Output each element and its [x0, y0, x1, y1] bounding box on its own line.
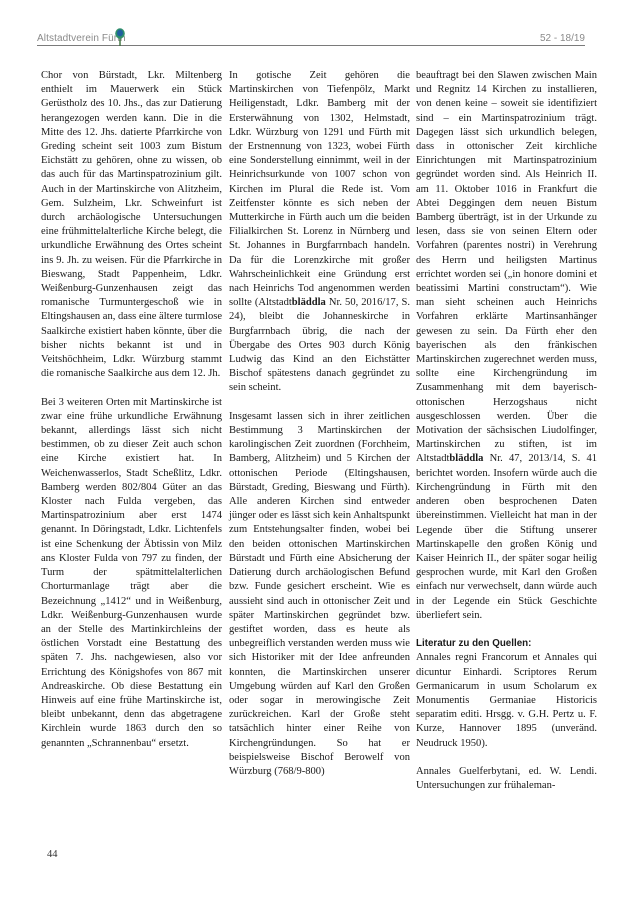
issue-number: 52 - 18/19 [540, 33, 585, 44]
paragraph-text-tail: Nr. 50, 2016/17, S. 24), bleibt die Joha… [229, 297, 410, 393]
paragraph-with-citation: In gotische Zeit gehören die Martinskirc… [229, 69, 410, 396]
text-column-2: In gotische Zeit gehören die Martinskirc… [229, 69, 410, 793]
issue-header: 52 - 18/19 [485, 31, 585, 46]
tree-icon [115, 28, 125, 46]
literature-entry: Annales Guelferbytani, ed. W. Lendi. Unt… [416, 765, 597, 793]
literature-heading: Literatur zu den Quellen: [416, 637, 597, 651]
paragraph: Insgesamt lassen sich in ihrer zeitliche… [229, 410, 410, 779]
running-header: Altstadtverein Fürth [37, 31, 485, 46]
publication-name-bold: bläddla [449, 453, 483, 464]
paragraph-text: beauftragt bei den Slawen zwischen Main … [416, 70, 597, 464]
page-number: 44 [47, 849, 58, 860]
paragraph-text-tail: Nr. 47, 2013/14, S. 41 berichtet worden.… [416, 453, 597, 620]
paragraph-with-citation: beauftragt bei den Slawen zwischen Main … [416, 69, 597, 623]
publication-name-bold: bläddla [292, 297, 326, 308]
literature-entry: Annales regni Francorum et Annales qui d… [416, 651, 597, 750]
paragraph: Chor von Bürstadt, Lkr. Miltenberg enthi… [41, 69, 222, 381]
text-column-3: beauftragt bei den Slawen zwischen Main … [416, 69, 597, 808]
publication-title: Altstadtverein Fürth [37, 33, 126, 44]
paragraph: Bei 3 weiteren Orten mit Martinskirche i… [41, 396, 222, 751]
paragraph-text: In gotische Zeit gehören die Martinskirc… [229, 70, 410, 308]
text-column-1: Chor von Bürstadt, Lkr. Miltenberg enthi… [41, 69, 222, 765]
